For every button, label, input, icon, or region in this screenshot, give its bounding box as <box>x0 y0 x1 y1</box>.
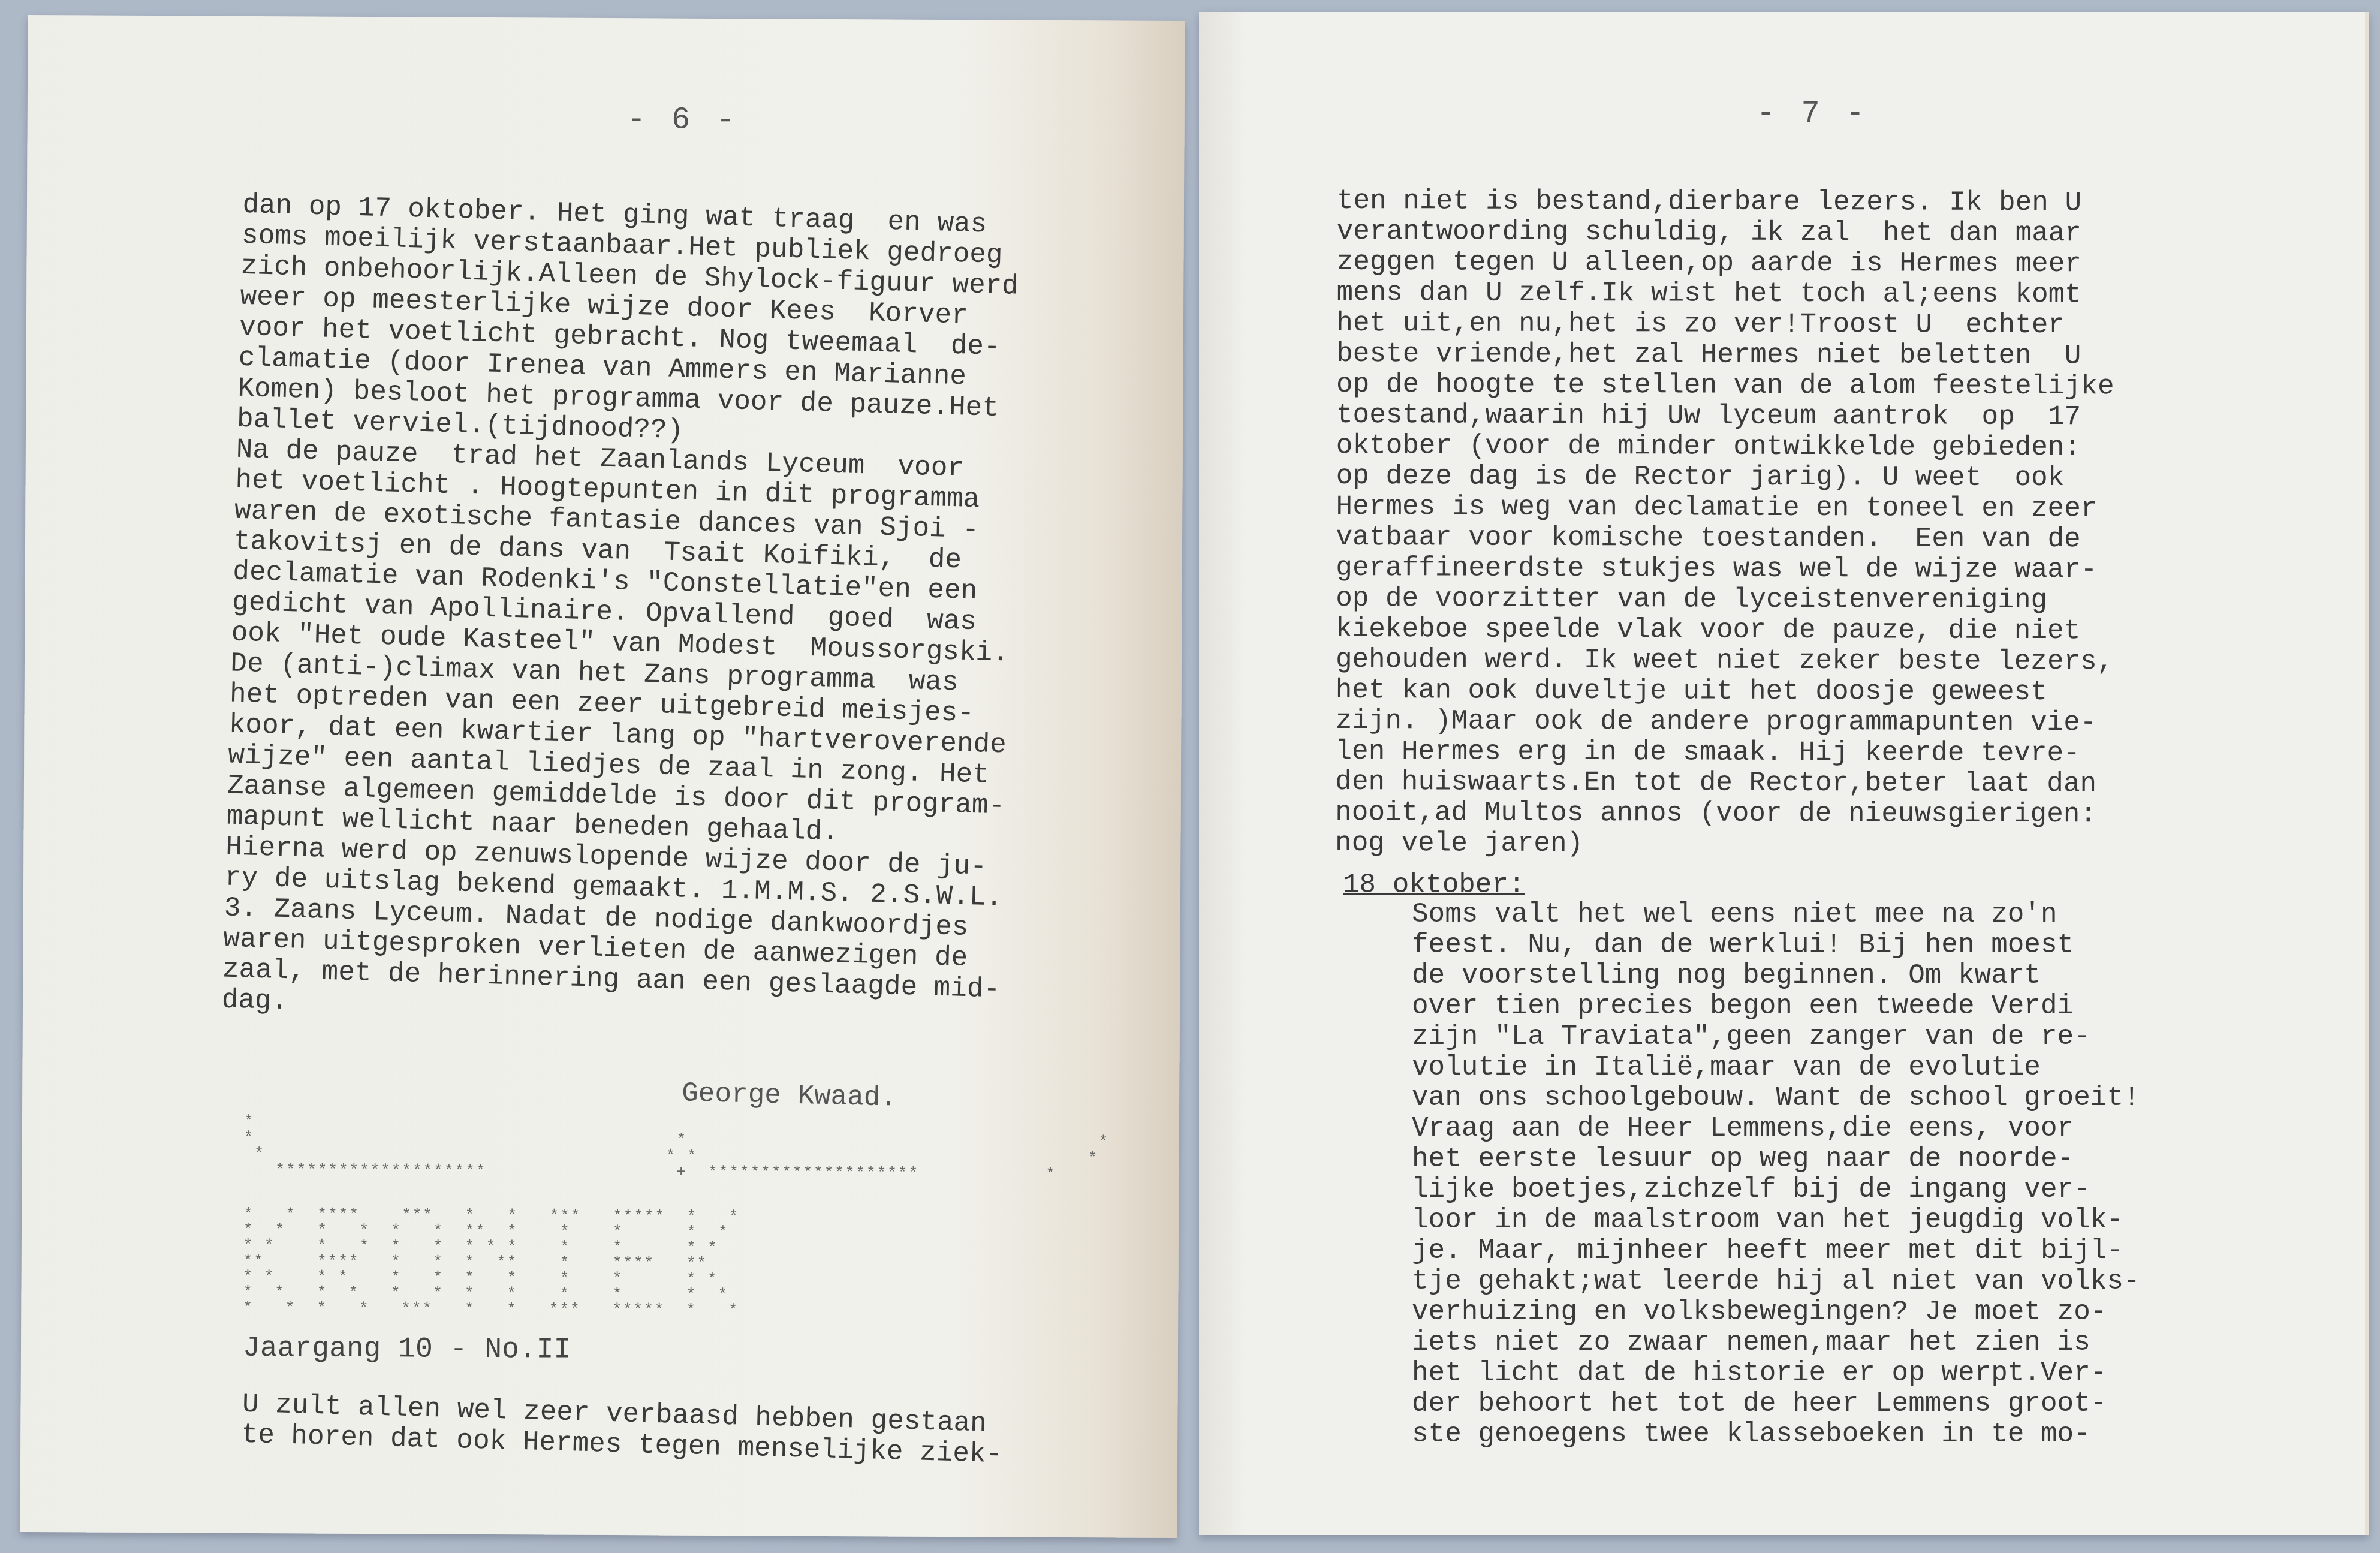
issue-label: Jaargang 10 - No.II <box>243 1332 571 1367</box>
date-heading: 18 oktober: <box>1343 869 1525 901</box>
text-line: toestand,waarin hij Uw lyceum aantrok op… <box>1336 400 2114 432</box>
text-line: de voorstelling nog beginnen. Om kwart <box>1412 961 2140 991</box>
section-title-kroniek: * * **** *** * * *** ***** * * * * * * *… <box>243 1206 739 1318</box>
text-line: over tien precies begon een tweede Verdi <box>1412 991 2140 1022</box>
column-intro: U zult allen wel zeer verbaasd hebben ge… <box>241 1389 1004 1470</box>
page-number: - 6 - <box>627 102 739 138</box>
text-line: je. Maar, mijnheer heeft meer met dit bi… <box>1412 1236 2140 1266</box>
text-line: van ons schoolgebouw. Want de school gro… <box>1412 1083 2140 1113</box>
text-line: der behoort het tot de heer Lemmens groo… <box>1412 1389 2140 1419</box>
text-line: volutie in Italië,maar van de evolutie <box>1412 1052 2140 1083</box>
text-line: zijn "La Traviata",geen zanger van de re… <box>1412 1022 2140 1052</box>
text-line: verhuizing en volksbewegingen? Je moet z… <box>1412 1297 2140 1328</box>
text-line: het kan ook duveltje uit het doosje gewe… <box>1336 675 2114 708</box>
text-line: kiekeboe speelde vlak voor de pauze, die… <box>1336 614 2114 646</box>
text-line: verantwoording schuldig, ik zal het dan … <box>1337 216 2115 249</box>
text-line: mens dan U zelf.Ik wist het toch al;eens… <box>1336 278 2114 310</box>
text-line: zijn. )Maar ook de andere programmapunte… <box>1336 706 2114 738</box>
indented-paragraph: Soms valt het wel eens niet mee na zo'nf… <box>1412 899 2140 1450</box>
text-line: zeggen tegen U alleen,op aarde is Hermes… <box>1337 247 2115 279</box>
text-line: Vraag aan de Heer Lemmens,die eens, voor <box>1412 1113 2140 1144</box>
text-line: iets niet zo zwaar nemen,maar het zien i… <box>1412 1328 2140 1358</box>
text-line: het eerste lesuur op weg naar de noorde- <box>1412 1144 2140 1175</box>
text-line: op de hoogte te stellen van de alom fees… <box>1336 369 2114 402</box>
text-line: Soms valt het wel eens niet mee na zo'n <box>1412 899 2140 930</box>
text-line: het uit,en nu,het is zo ver!Troost U ech… <box>1336 308 2114 341</box>
text-line: geraffineerdste stukjes was wel de wijze… <box>1336 553 2114 585</box>
text-line: lijke boetjes,zichzelf bij de ingang ver… <box>1412 1175 2140 1205</box>
left-page: - 6 - dan op 17 oktober. Het ging wat tr… <box>20 15 1185 1538</box>
text-line: op de voorzitter van de lyceistenverenig… <box>1336 583 2114 616</box>
article-body: dan op 17 oktober. Het ging wat traag en… <box>221 190 1020 1036</box>
article-body: ten niet is bestand,dierbare lezers. Ik … <box>1335 186 2114 860</box>
text-line: den huiswaarts.En tot de Rector,beter la… <box>1335 767 2113 799</box>
text-line: ste genoegens twee klasseboeken in te mo… <box>1412 1419 2140 1450</box>
author-signature: George Kwaad. <box>682 1078 897 1114</box>
text-line: beste vriende,het zal Hermes niet belett… <box>1336 339 2114 371</box>
text-line: tje gehakt;wat leerde hij al niet van vo… <box>1412 1266 2140 1297</box>
page-number: - 7 - <box>1757 96 1868 131</box>
text-line: op deze dag is de Rector jarig). U weet … <box>1336 461 2114 493</box>
text-line: nooit,ad Multos annos (voor de nieuwsgie… <box>1335 797 2113 830</box>
text-line: oktober (voor de minder ontwikkelde gebi… <box>1336 431 2114 463</box>
text-line: nog vele jaren) <box>1335 828 2113 860</box>
text-line: feest. Nu, dan de werklui! Bij hen moest <box>1412 930 2140 961</box>
text-line: len Hermes erg in de smaak. Hij keerde t… <box>1335 736 2113 769</box>
text-line: gehouden werd. Ik weet niet zeker beste … <box>1336 645 2114 677</box>
right-page: - 7 - ten niet is bestand,dierbare lezer… <box>1199 12 2369 1535</box>
text-line: ten niet is bestand,dierbare lezers. Ik … <box>1337 186 2115 218</box>
asterisk-divider-ornament: * * * * * * * * ******************** <box>243 1113 1109 1183</box>
text-line: loor in de maalstroom van het jeugdig vo… <box>1412 1205 2140 1236</box>
text-line: het licht dat de historie er op werpt.Ve… <box>1412 1358 2140 1389</box>
text-line: Hermes is weg van declamatie en toneel e… <box>1336 492 2114 524</box>
text-line: vatbaar voor komische toestanden. Een va… <box>1336 522 2114 555</box>
